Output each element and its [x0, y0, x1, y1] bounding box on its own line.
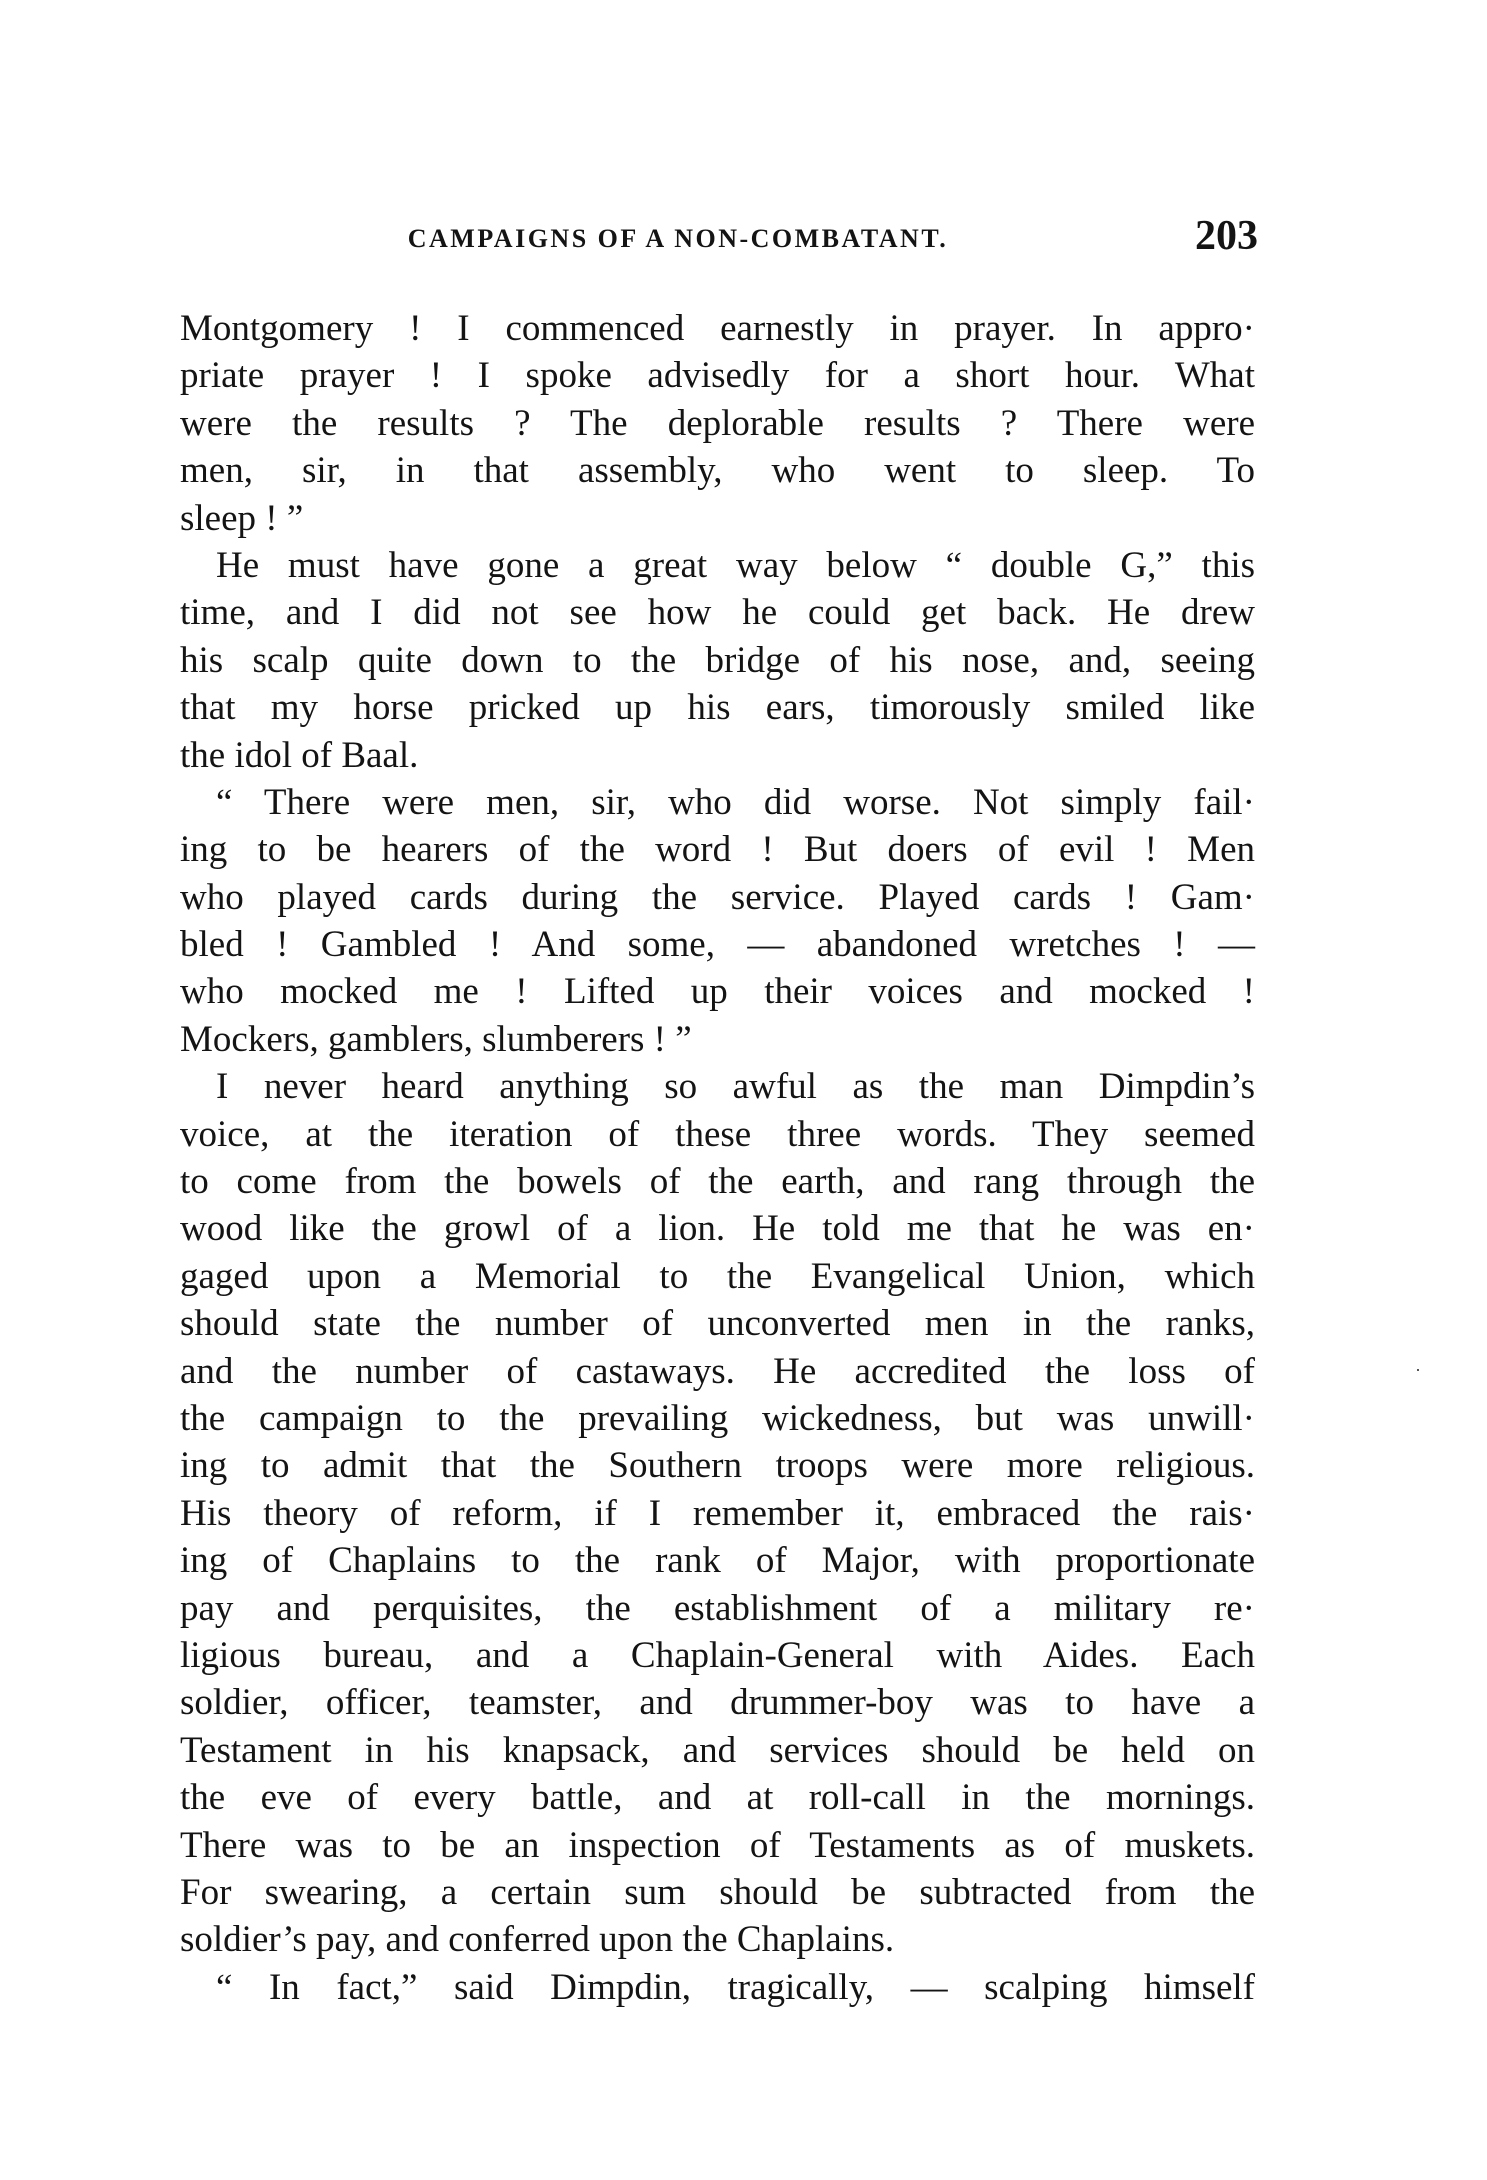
- text-line: pay and perquisites, the establishment o…: [180, 1585, 1255, 1632]
- text-line: who played cards during the service. Pla…: [180, 874, 1255, 921]
- text-line: to come from the bowels of the earth, an…: [180, 1158, 1255, 1205]
- text-line: His theory of reform, if I remember it, …: [180, 1490, 1255, 1537]
- text-line: soldier’s pay, and conferred upon the Ch…: [180, 1916, 1255, 1963]
- text-line: soldier, officer, teamster, and drummer-…: [180, 1679, 1255, 1726]
- text-line: For swearing, a certain sum should be su…: [180, 1869, 1255, 1916]
- body-text: Montgomery ! I commenced earnestly in pr…: [180, 305, 1255, 2011]
- paragraph: Montgomery ! I commenced earnestly in pr…: [180, 305, 1255, 542]
- text-line: ing of Chaplains to the rank of Major, w…: [180, 1537, 1255, 1584]
- text-line: I never heard anything so awful as the m…: [180, 1063, 1255, 1110]
- text-line: ing to be hearers of the word ! But doer…: [180, 826, 1255, 873]
- paragraph: I never heard anything so awful as the m…: [180, 1063, 1255, 1963]
- text-line: priate prayer ! I spoke advisedly for a …: [180, 352, 1255, 399]
- text-line: Montgomery ! I commenced earnestly in pr…: [180, 305, 1255, 352]
- paragraph: “ In fact,” said Dimpdin, tragically, — …: [180, 1964, 1255, 2011]
- text-line: “ In fact,” said Dimpdin, tragically, — …: [180, 1964, 1255, 2011]
- text-line: Mockers, gamblers, slumberers ! ”: [180, 1016, 1255, 1063]
- text-line: bled ! Gambled ! And some, — abandoned w…: [180, 921, 1255, 968]
- text-line: voice, at the iteration of these three w…: [180, 1111, 1255, 1158]
- text-line: that my horse pricked up his ears, timor…: [180, 684, 1255, 731]
- text-line: his scalp quite down to the bridge of hi…: [180, 637, 1255, 684]
- text-line: should state the number of unconverted m…: [180, 1300, 1255, 1347]
- text-line: men, sir, in that assembly, who went to …: [180, 447, 1255, 494]
- text-line: ligious bureau, and a Chaplain-General w…: [180, 1632, 1255, 1679]
- paragraph: He must have gone a great way below “ do…: [180, 542, 1255, 779]
- book-page: CAMPAIGNS OF A NON-COMBATANT. 203 Montgo…: [0, 0, 1487, 2180]
- text-line: the eve of every battle, and at roll-cal…: [180, 1774, 1255, 1821]
- text-line: There was to be an inspection of Testame…: [180, 1822, 1255, 1869]
- text-line: wood like the growl of a lion. He told m…: [180, 1205, 1255, 1252]
- text-line: time, and I did not see how he could get…: [180, 589, 1255, 636]
- paragraph: “ There were men, sir, who did worse. No…: [180, 779, 1255, 1063]
- text-line: were the results ? The deplorable result…: [180, 400, 1255, 447]
- running-title: CAMPAIGNS OF A NON-COMBATANT.: [178, 224, 1178, 254]
- text-line: He must have gone a great way below “ do…: [180, 542, 1255, 589]
- text-line: Testament in his knapsack, and services …: [180, 1727, 1255, 1774]
- running-header: CAMPAIGNS OF A NON-COMBATANT. 203: [178, 212, 1258, 262]
- page-number: 203: [1195, 212, 1258, 260]
- text-line: who mocked me ! Lifted up their voices a…: [180, 968, 1255, 1015]
- text-line: sleep ! ”: [180, 495, 1255, 542]
- text-line: the campaign to the prevailing wickednes…: [180, 1395, 1255, 1442]
- text-line: gaged upon a Memorial to the Evangelical…: [180, 1253, 1255, 1300]
- text-line: and the number of castaways. He accredit…: [180, 1348, 1255, 1395]
- text-line: the idol of Baal.: [180, 732, 1255, 779]
- text-line: ing to admit that the Southern troops we…: [180, 1442, 1255, 1489]
- text-line: “ There were men, sir, who did worse. No…: [180, 779, 1255, 826]
- scan-speck: [1417, 1369, 1419, 1371]
